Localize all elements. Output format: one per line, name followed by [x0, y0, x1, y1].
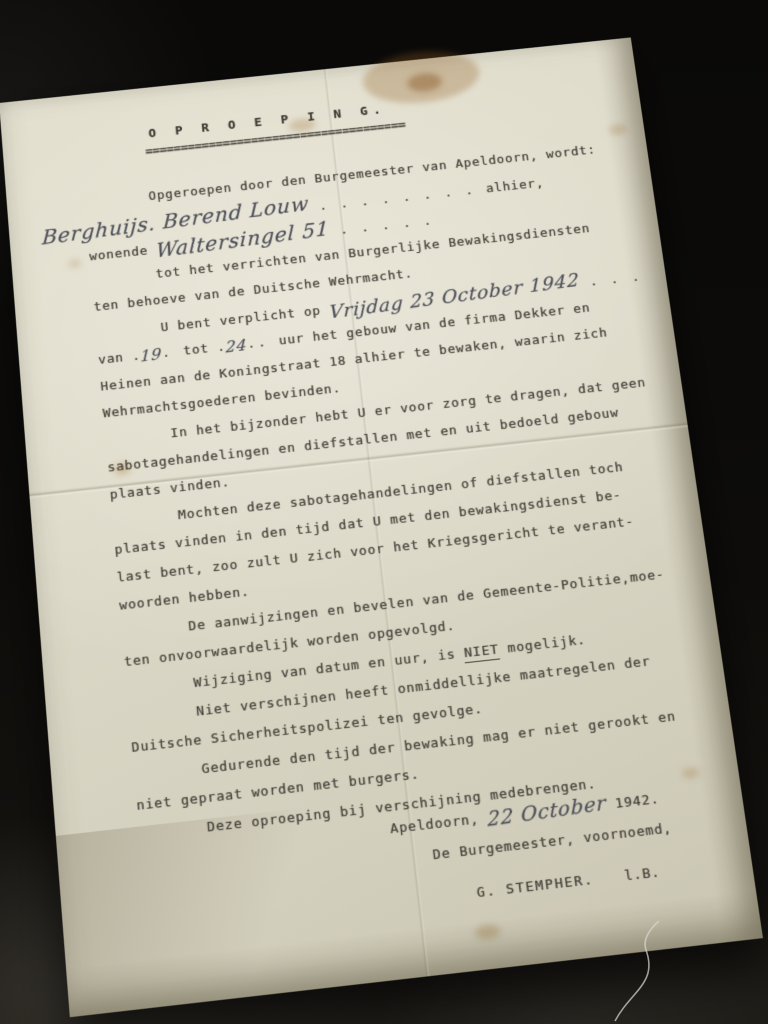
- underlined-typed-text: NIET: [463, 642, 500, 663]
- typed-text: alhier,: [485, 176, 545, 196]
- handwritten-text: 24: [226, 339, 248, 353]
- typed-text: 1942.: [605, 792, 660, 814]
- dust-fiber: [595, 905, 685, 1024]
- signatory-suffix: l.B.: [623, 865, 661, 885]
- typed-text: wonende: [89, 243, 157, 264]
- photo-background: O P R O E P I N G. =====================…: [0, 0, 768, 1024]
- typed-text: van .: [98, 349, 142, 368]
- typed-text: tot .: [183, 340, 227, 359]
- dotted-leader: ..: [247, 334, 280, 352]
- document-paper: O P R O E P I N G. =====================…: [0, 37, 763, 1017]
- dotted-leader: .: [162, 344, 185, 360]
- handwritten-text: 19: [140, 348, 162, 362]
